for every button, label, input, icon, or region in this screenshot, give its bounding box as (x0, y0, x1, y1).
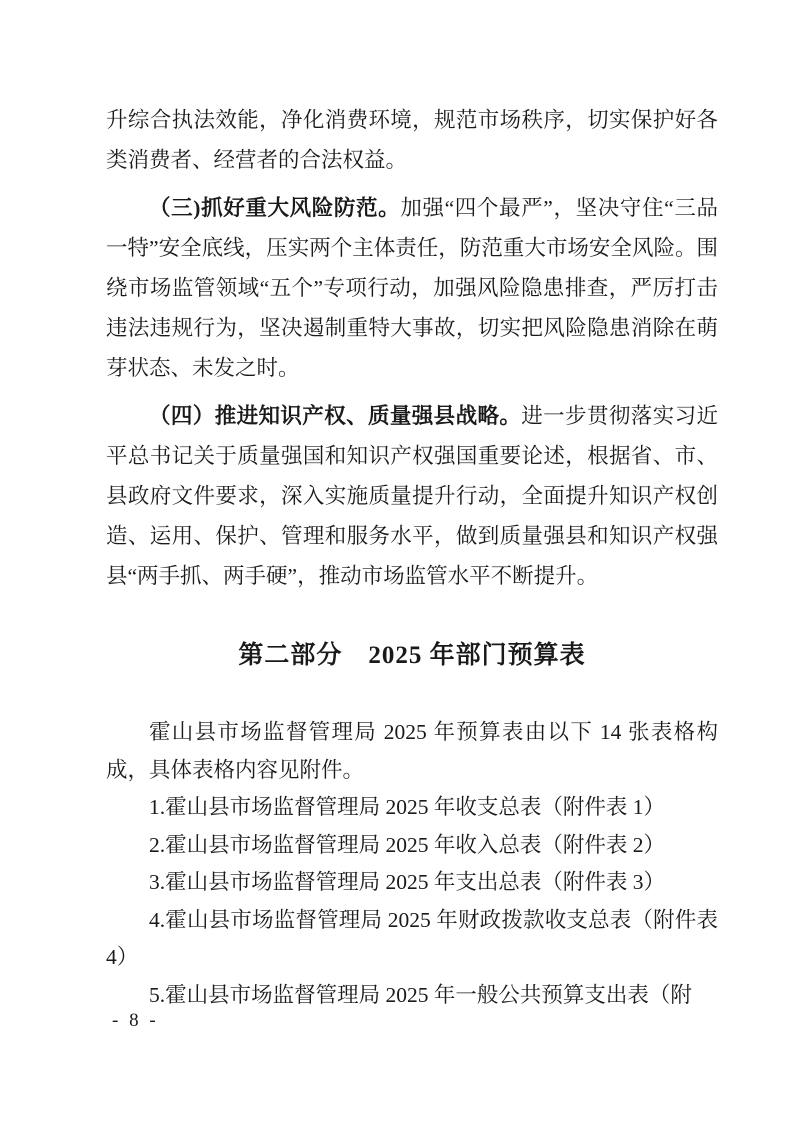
page-number: - 8 - (112, 1007, 159, 1035)
list-item-2: 2.霍山县市场监督管理局 2025 年收入总表（附件表 2） (106, 827, 718, 865)
list-item-1: 1.霍山县市场监督管理局 2025 年收支总表（附件表 1） (106, 789, 718, 827)
section-4-text: 进一步贯彻落实习近平总书记关于质量强国和知识产权强国重要论述，根据省、市、县政府… (106, 404, 718, 588)
budget-tables-section: 霍山县市场监督管理局 2025 年预算表由以下 14 张表格构成，具体表格内容见… (106, 714, 718, 1014)
list-item-3: 3.霍山县市场监督管理局 2025 年支出总表（附件表 3） (106, 864, 718, 902)
part-two-heading: 第二部分 2025 年部门预算表 (106, 638, 718, 674)
paragraph-section-4: （四）推进知识产权、质量强县战略。进一步贯彻落实习近平总书记关于质量强国和知识产… (106, 396, 718, 596)
list-item-4: 4.霍山县市场监督管理局 2025 年财政拨款收支总表（附件表 4） (106, 902, 718, 977)
paragraph-continuation: 升综合执法效能，净化消费环境，规范市场秩序，切实保护好各类消费者、经营者的合法权… (106, 100, 718, 180)
section-4-lead: （四）推进知识产权、质量强县战略。 (149, 404, 521, 428)
intro-paragraph: 霍山县市场监督管理局 2025 年预算表由以下 14 张表格构成，具体表格内容见… (106, 714, 718, 789)
document-content: 升综合执法效能，净化消费环境，规范市场秩序，切实保护好各类消费者、经营者的合法权… (106, 100, 718, 1014)
section-3-lead: （三)抓好重大风险防范。 (149, 196, 400, 220)
list-item-5: 5.霍山县市场监督管理局 2025 年一般公共预算支出表（附 (106, 977, 718, 1015)
section-3-text: 加强“四个最严”，坚决守住“三品一特”安全底线，压实两个主体责任，防范重大市场安… (106, 196, 718, 380)
paragraph-section-3: （三)抓好重大风险防范。加强“四个最严”，坚决守住“三品一特”安全底线，压实两个… (106, 188, 718, 388)
document-page: 升综合执法效能，净化消费环境，规范市场秩序，切实保护好各类消费者、经营者的合法权… (0, 0, 793, 1122)
